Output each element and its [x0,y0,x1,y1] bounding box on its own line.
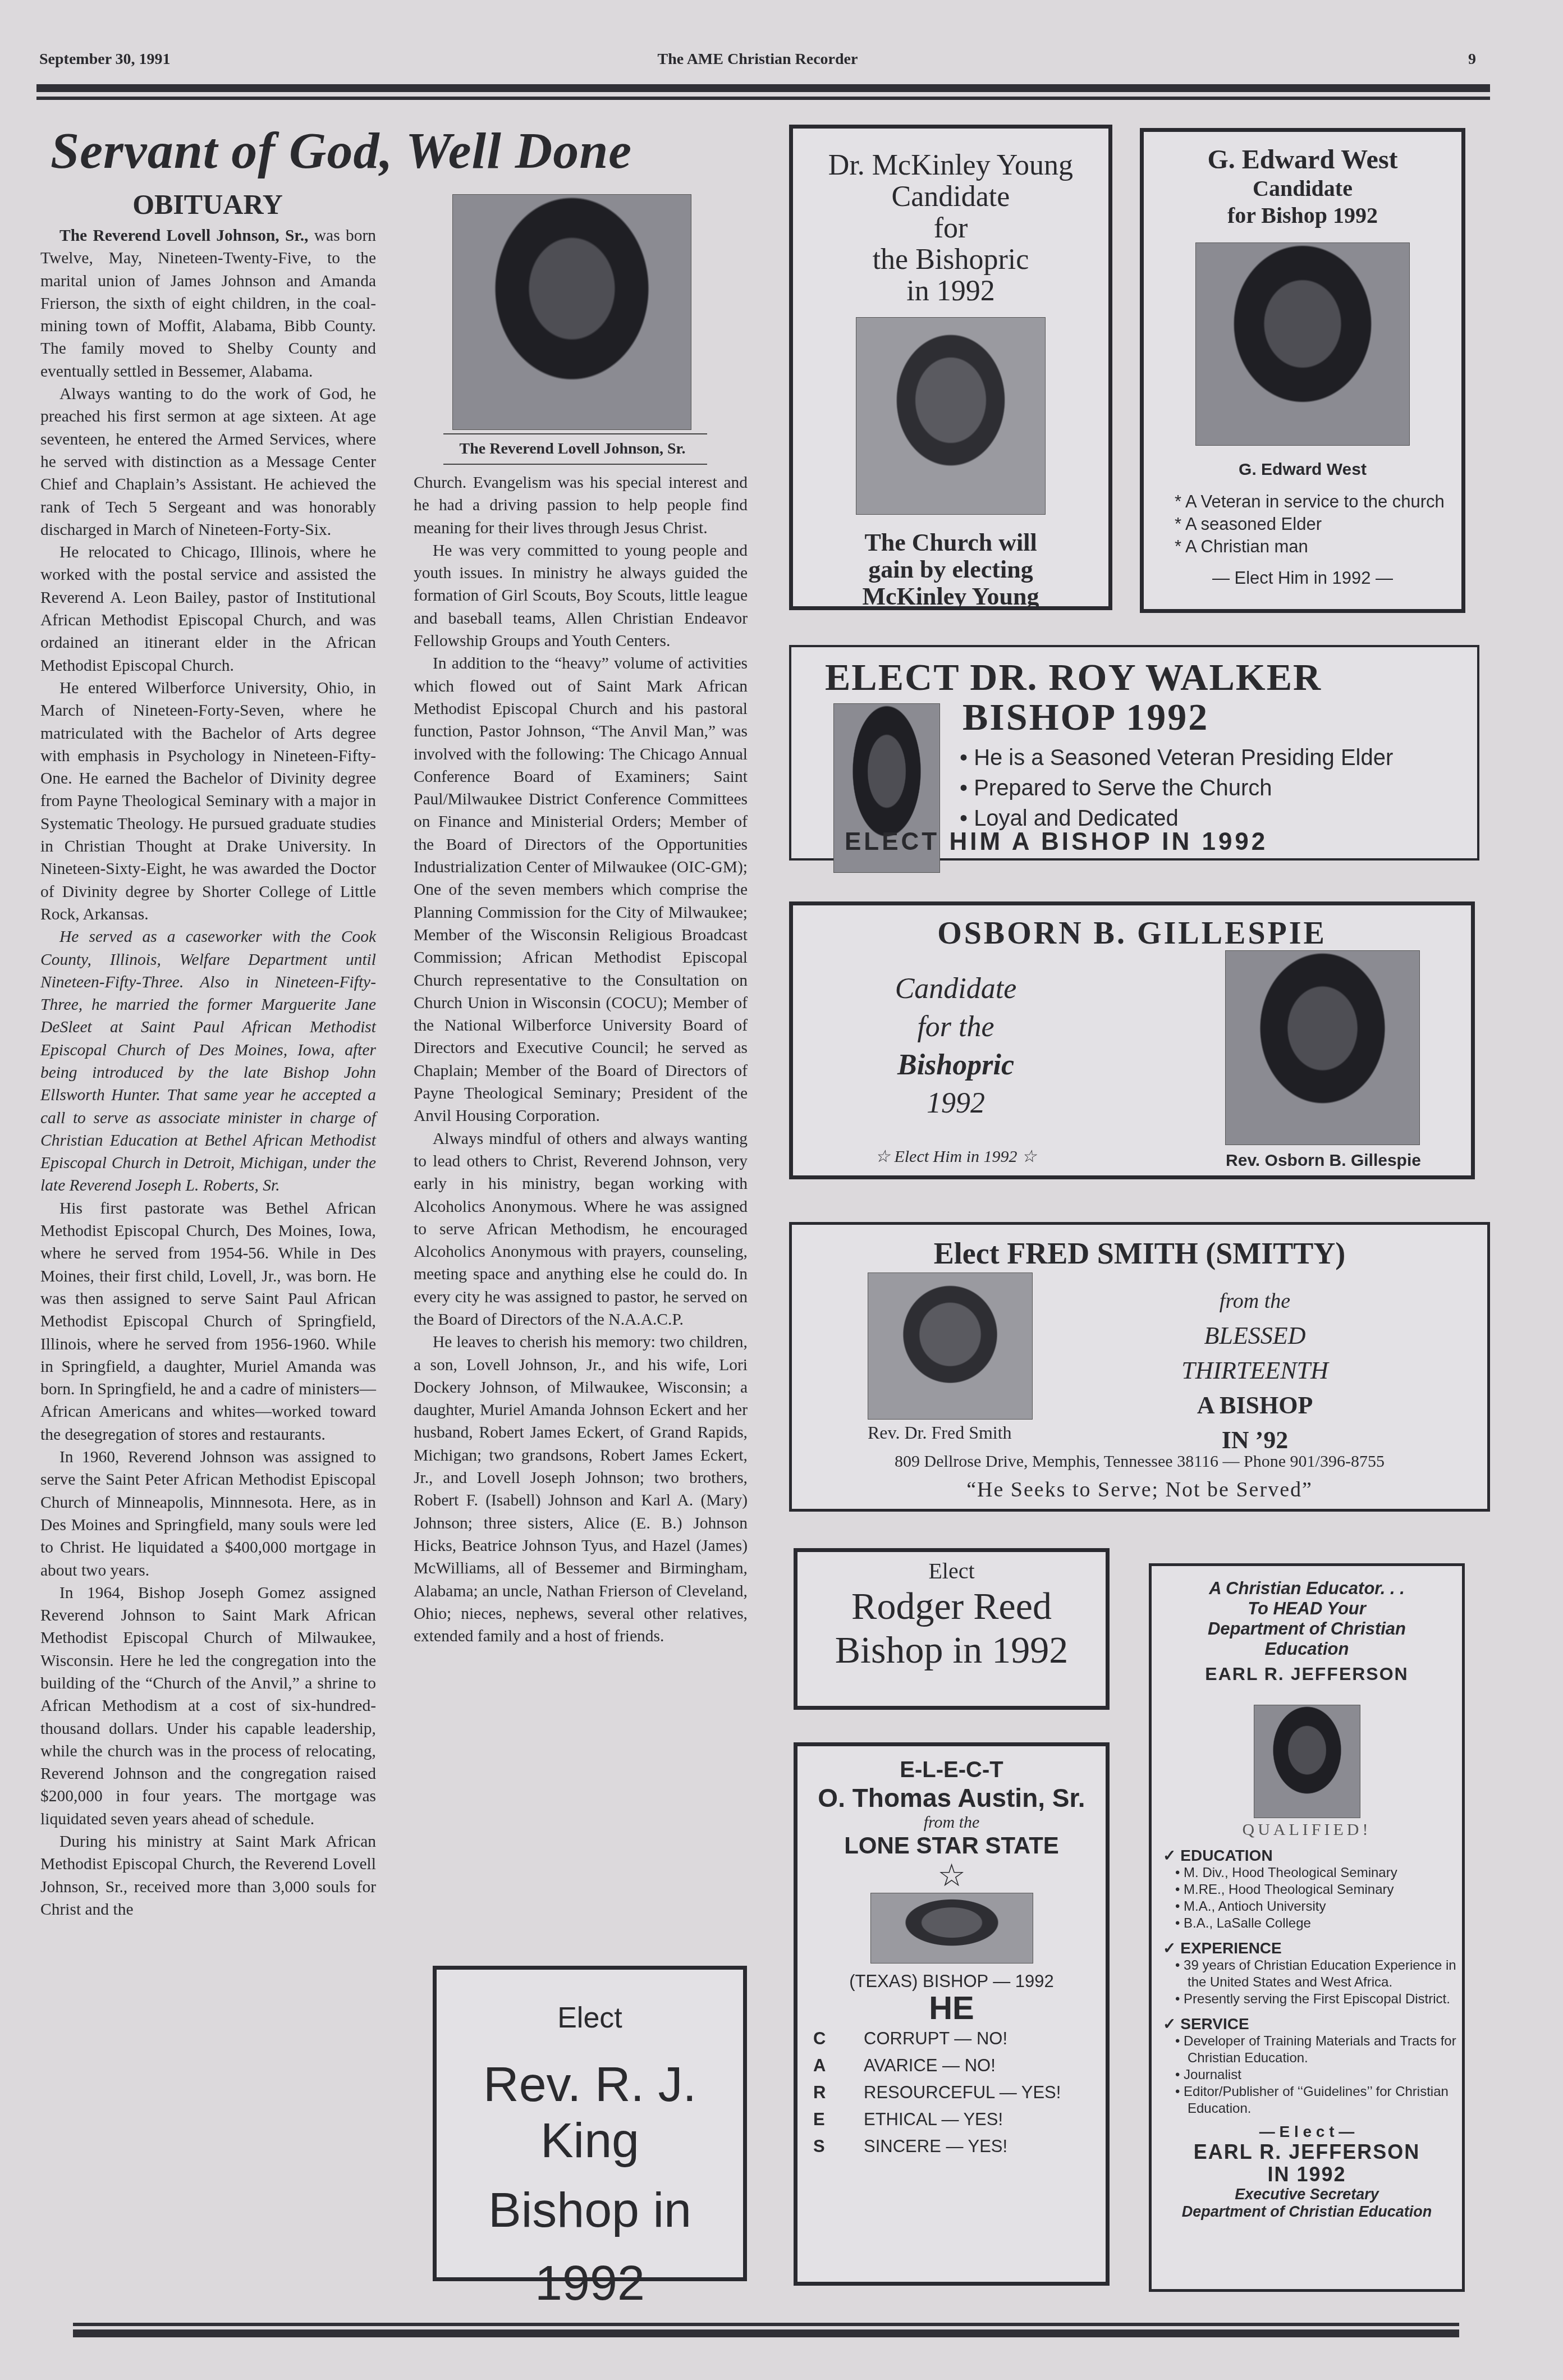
candidate-photo [1225,950,1420,1145]
article-column-1: The Reverend Lovell Johnson, Sr., was bo… [40,225,376,1921]
paragraph: In 1960, Reverend Johnson was assigned t… [40,1446,376,1582]
paragraph: He was very committed to young people an… [414,539,748,652]
candidate-photo [870,1893,1033,1964]
masthead-rule-thick [36,84,1490,92]
caption-rule [443,464,707,465]
ad-fred-smith: Elect FRED SMITH (SMITTY) Rev. Dr. Fred … [789,1222,1490,1512]
paragraph: Always mindful of others and always want… [414,1128,748,1331]
publication-name: The AME Christian Recorder [39,51,1476,68]
paragraph: His first pastorate was Bethel African M… [40,1197,376,1446]
candidate-photo [1254,1705,1360,1818]
caption-rule [443,433,707,434]
article-lead: The Reverend Lovell Johnson, Sr., [59,227,309,245]
portrait-photo [452,194,691,430]
masthead-rule-thin [36,97,1490,100]
article-title: Servant of God, Well Done [51,121,752,180]
ad-mckinley-young: Dr. McKinley Young Candidate for the Bis… [789,125,1112,610]
ad-thomas-austin: E-L-E-C-T O. Thomas Austin, Sr. from the… [794,1742,1110,2286]
paragraph: Always wanting to do the work of God, he… [40,383,376,541]
west-points: * A Veteran in service to the church * A… [1175,491,1461,558]
cares-list: CCORRUPT — NO! AAVARICE — NO! RRESOURCEF… [813,2025,1106,2160]
star-icon: ☆ [797,1859,1106,1893]
page-number: 9 [1468,51,1476,68]
check-icon: ✓ [1163,1939,1176,1957]
paragraph: He relocated to Chicago, Illinois, where… [40,541,376,677]
paragraph: In 1964, Bishop Joseph Gomez assigned Re… [40,1582,376,1830]
paragraph: In addition to the “heavy” volume of act… [414,652,748,1127]
check-icon: ✓ [1163,2015,1176,2033]
ad-roy-walker: ELECT DR. ROY WALKER BISHOP 1992 • He is… [789,645,1479,861]
ad-edward-west: G. Edward West Candidate for Bishop 1992… [1140,128,1465,613]
ad-rodger-reed: Elect Rodger Reed Bishop in 1992 [794,1548,1110,1710]
footer-rule-thin [73,2323,1459,2326]
check-icon: ✓ [1163,1847,1176,1864]
candidate-photo [868,1273,1033,1420]
masthead: September 30, 1991 The AME Christian Rec… [39,51,1476,73]
ad-king: Elect Rev. R. J. King Bishop in 1992 [433,1966,747,2281]
paragraph: He served as a caseworker with the Cook … [40,926,376,1197]
section-heading: OBITUARY [39,188,376,221]
walker-points: • He is a Seasoned Veteran Presiding Eld… [960,743,1393,834]
ad-earl-jefferson: A Christian Educator. . . To HEAD Your D… [1149,1563,1465,2292]
paragraph: He leaves to cherish his memory: two chi… [414,1331,748,1647]
photo-caption: The Reverend Lovell Johnson, Sr. [427,440,718,458]
candidate-photo [1195,242,1410,446]
paragraph: He entered Wilberforce University, Ohio,… [40,677,376,926]
qualifications: ✓ EDUCATION • M. Div., Hood Theological … [1163,1846,1462,2117]
candidate-photo [856,317,1046,515]
ad-osborn-gillespie: OSBORN B. GILLESPIE Candidate for the Bi… [789,901,1475,1179]
footer-rule-thick [73,2329,1459,2337]
article-column-2: Church. Evangelism was his special inter… [414,472,748,1647]
paragraph: Church. Evangelism was his special inter… [414,472,748,539]
paragraph: During his ministry at Saint Mark Africa… [40,1830,376,1921]
